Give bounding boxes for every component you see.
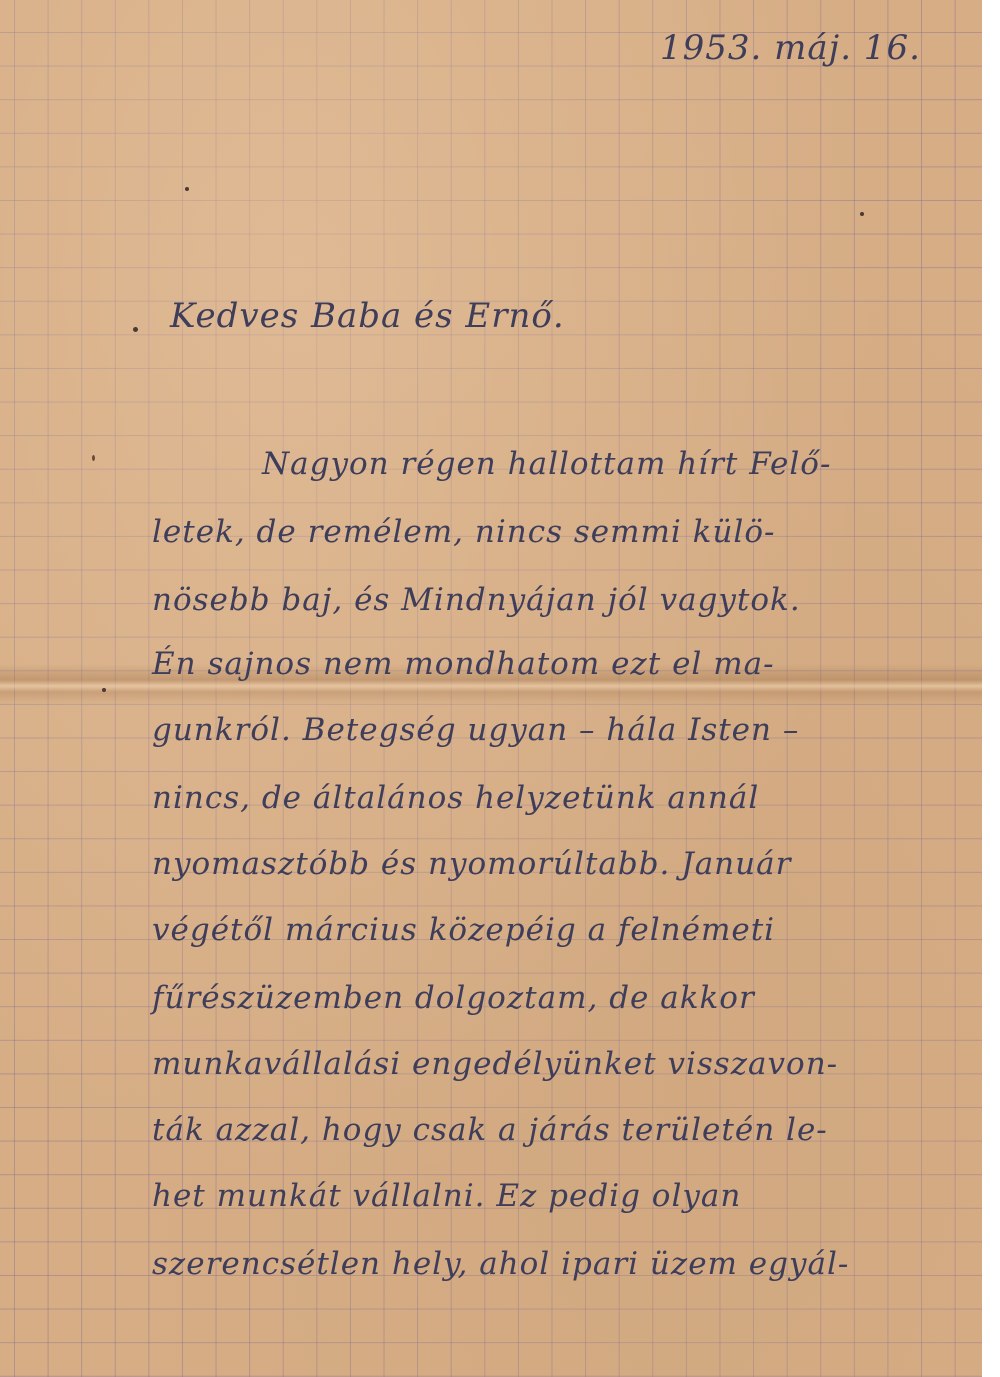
ink-dot bbox=[133, 327, 138, 332]
letter-line: nyomasztóbb és nyomorúltabb. Január bbox=[152, 846, 791, 882]
letter-line: het munkát vállalni. Ez pedig olyan bbox=[152, 1178, 741, 1214]
letter-line: Nagyon régen hallottam hírt Felő- bbox=[262, 446, 831, 482]
ink-dot bbox=[860, 212, 864, 216]
letter-line: munkavállalási engedélyünket visszavon- bbox=[152, 1046, 838, 1082]
ink-dot bbox=[92, 455, 95, 461]
letter-line: Én sajnos nem mondhatom ezt el ma- bbox=[152, 646, 775, 682]
letter-line: fűrészüzemben dolgoztam, de akkor bbox=[152, 980, 755, 1016]
letter-date: 1953. máj. 16. bbox=[660, 28, 921, 68]
letter-line: ták azzal, hogy csak a járás területén l… bbox=[152, 1112, 828, 1148]
ink-dot bbox=[185, 187, 189, 191]
ink-dot bbox=[102, 688, 106, 692]
letter-line: letek, de remélem, nincs semmi külö- bbox=[152, 514, 775, 550]
letter-line: végétől március közepéig a felnémeti bbox=[152, 912, 775, 948]
letter-salutation: Kedves Baba és Ernő. bbox=[170, 296, 565, 336]
letter-line: szerencsétlen hely, ahol ipari üzem egyá… bbox=[152, 1246, 849, 1282]
letter-page: 1953. máj. 16. Kedves Baba és Ernő. Nagy… bbox=[0, 0, 982, 1377]
letter-line: gunkról. Betegség ugyan – hála Isten – bbox=[152, 712, 799, 748]
letter-line: nösebb baj, és Mindnyájan jól vagytok. bbox=[152, 582, 801, 618]
letter-line: nincs, de általános helyzetünk annál bbox=[152, 780, 759, 816]
